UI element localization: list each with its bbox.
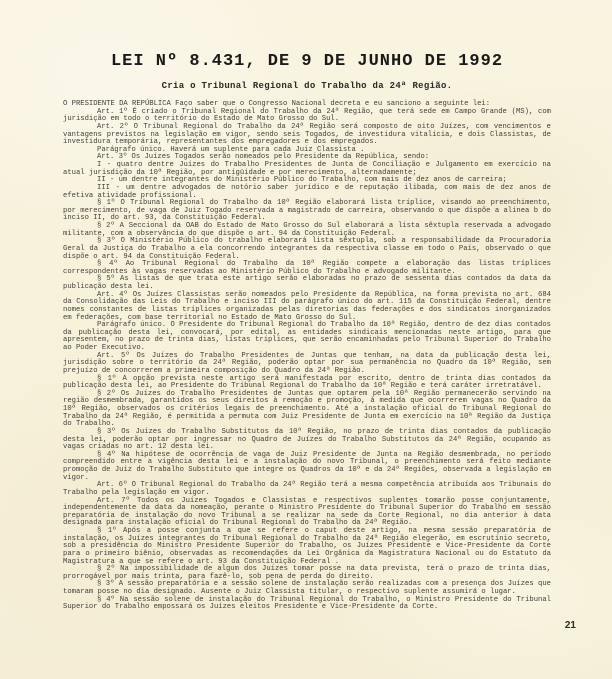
law-paragraph: § 2º Os Juízes do Trabalho Presidentes d…	[63, 391, 551, 429]
law-paragraph: § 4º Na sessão solene de instalação do T…	[63, 597, 551, 612]
law-paragraph: § 1º A opção prevista neste artigo será …	[63, 376, 551, 391]
law-paragraph: § 1º Após a posse conjunta a que se refe…	[63, 528, 551, 566]
law-paragraph: Art. 4º Os Juízes Classistas serão nomea…	[63, 292, 551, 323]
law-paragraph: § 1º O Tribunal Regional do Trabalho da …	[63, 200, 551, 223]
law-paragraph: Parágrafo único. O Presidente do Tribuna…	[63, 322, 551, 353]
law-paragraph: I - quatro dentre Juízes do Trabalho Pre…	[63, 162, 551, 177]
law-paragraph: § 5º As listas de que trata este artigo …	[63, 276, 551, 291]
law-paragraph: Art. 1º É criado o Tribunal Regional do …	[63, 109, 551, 124]
law-paragraph: Art. 7º Todos os Juízes Togados e Classi…	[63, 498, 551, 529]
law-body: O PRESIDENTE DA REPÚBLICA Faço saber que…	[63, 101, 551, 612]
law-paragraph: III - um dentre advogados de notório sab…	[63, 185, 551, 200]
law-subtitle: Cria o Tribunal Regional do Trabalho da …	[63, 81, 551, 91]
law-title: LEI Nº 8.431, DE 9 DE JUNHO DE 1992	[63, 52, 551, 71]
law-paragraph: Art. 6º O Tribunal Regional do Trabalho …	[63, 482, 551, 497]
law-paragraph: Art. 2º O Tribunal Regional do Trabalho …	[63, 124, 551, 147]
law-paragraph: § 3º Os Juízes do Trabalho Substitutos d…	[63, 429, 551, 452]
law-paragraph: § 2º A Seccional da OAB do Estado de Mat…	[63, 223, 551, 238]
law-paragraph: Art. 5º Os Juízes do Trabalho Presidente…	[63, 353, 551, 376]
law-paragraph: § 3º A sessão preparatória e a sessão so…	[63, 581, 551, 596]
law-paragraph: § 4º Na hipótese de ocorrência de vaga d…	[63, 452, 551, 483]
scanned-law-page: LEI Nº 8.431, DE 9 DE JUNHO DE 1992 Cria…	[0, 0, 612, 679]
law-paragraph: § 3º O Ministério Público do trabalho el…	[63, 238, 551, 261]
page-content: LEI Nº 8.431, DE 9 DE JUNHO DE 1992 Cria…	[63, 0, 551, 612]
page-number: 21	[565, 620, 576, 631]
